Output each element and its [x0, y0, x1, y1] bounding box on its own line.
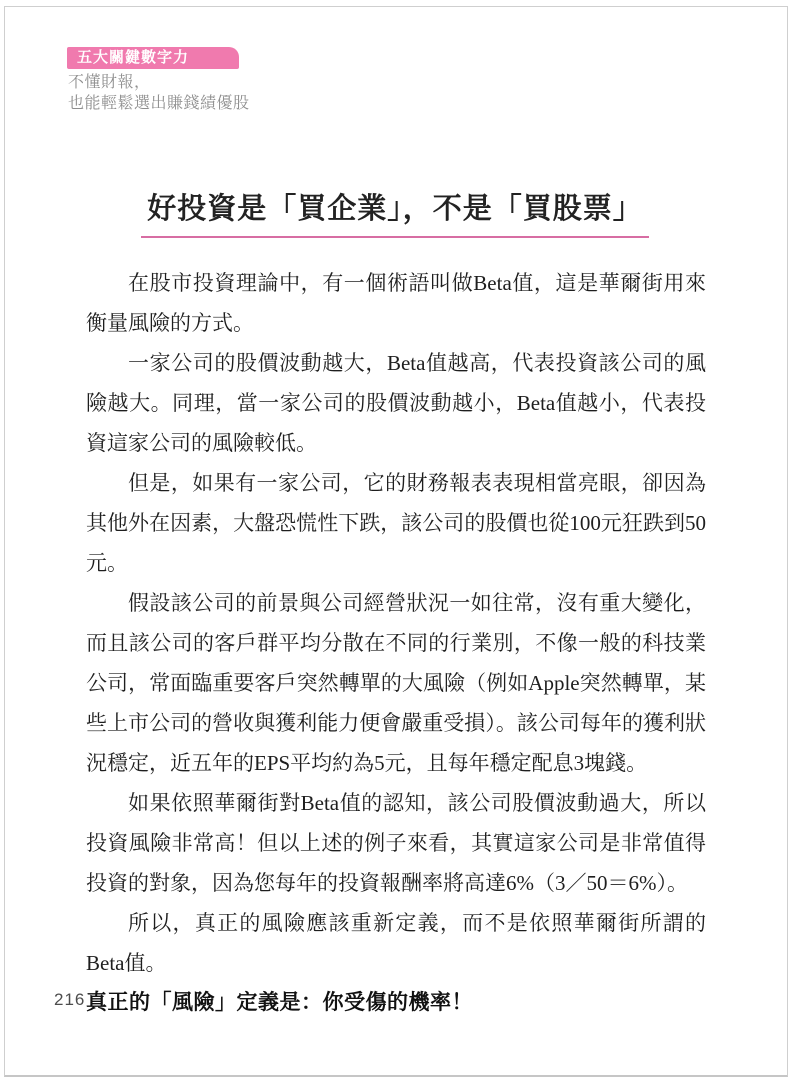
book-page-viewport: 五大關鍵數字力 不懂財報， 也能輕鬆選出賺錢績優股 好投資是「買企業」，不是「買…	[0, 0, 790, 1084]
page-number: 216	[54, 990, 85, 1010]
paragraph: 一家公司的股價波動越大，Beta值越高，代表投資該公司的風險越大。同理，當一家公…	[86, 343, 706, 463]
chapter-title: 好投資是「買企業」，不是「買股票」	[141, 186, 649, 238]
series-badge: 五大關鍵數字力	[67, 47, 239, 69]
paragraph: 但是，如果有一家公司，它的財務報表表現相當亮眼，卻因為其他外在因素，大盤恐慌性下…	[86, 463, 706, 583]
chapter-title-wrap: 好投資是「買企業」，不是「買股票」	[0, 186, 790, 238]
paragraph: 如果依照華爾街對Beta值的認知，該公司股價波動過大，所以投資風險非常高！但以上…	[86, 783, 706, 903]
paragraph-emphasis: 真正的「風險」定義是：你受傷的機率！	[86, 983, 706, 1023]
series-subtitle: 不懂財報， 也能輕鬆選出賺錢績優股	[68, 72, 250, 114]
chapter-body: 在股市投資理論中，有一個術語叫做Beta值，這是華爾街用來衡量風險的方式。 一家…	[86, 263, 706, 1023]
paragraph: 假設該公司的前景與公司經營狀況一如往常，沒有重大變化，而且該公司的客戶群平均分散…	[86, 583, 706, 783]
paragraph: 所以，真正的風險應該重新定義，而不是依照華爾街所謂的Beta值。	[86, 903, 706, 983]
paragraph: 在股市投資理論中，有一個術語叫做Beta值，這是華爾街用來衡量風險的方式。	[86, 263, 706, 343]
